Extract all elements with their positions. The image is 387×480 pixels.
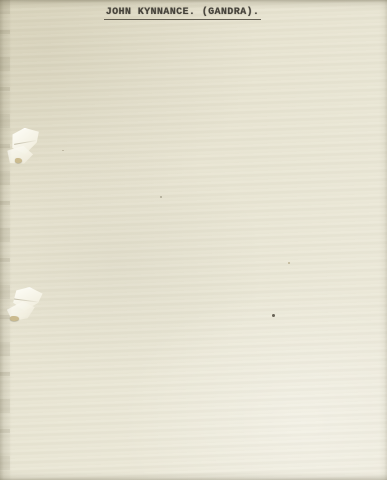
page-title: JOHN KYNNANCE. (GANDRA).: [104, 7, 262, 20]
tear-crease: [14, 140, 36, 145]
paper-tear-bottom: [4, 284, 46, 328]
foxing-speck: [288, 262, 290, 264]
paper-tear-top: [6, 124, 44, 170]
tear-flap: [11, 286, 43, 313]
tear-flap: [8, 126, 41, 156]
tear-flap: [6, 143, 34, 166]
scan-edge-vignette: [0, 0, 387, 480]
scanned-document-page: JOHN KYNNANCE. (GANDRA).: [0, 0, 387, 480]
tear-flap: [6, 298, 36, 321]
paper-grain-texture: [0, 0, 387, 480]
foxing-speck: [160, 196, 162, 198]
tear-fleck: [10, 316, 19, 321]
tear-fleck: [15, 158, 22, 163]
foxing-speck: [272, 314, 275, 317]
title-row: JOHN KYNNANCE. (GANDRA).: [0, 1, 387, 20]
foxing-speck: [62, 150, 64, 151]
left-edge-streaks: [0, 0, 10, 480]
tear-crease: [14, 299, 38, 303]
